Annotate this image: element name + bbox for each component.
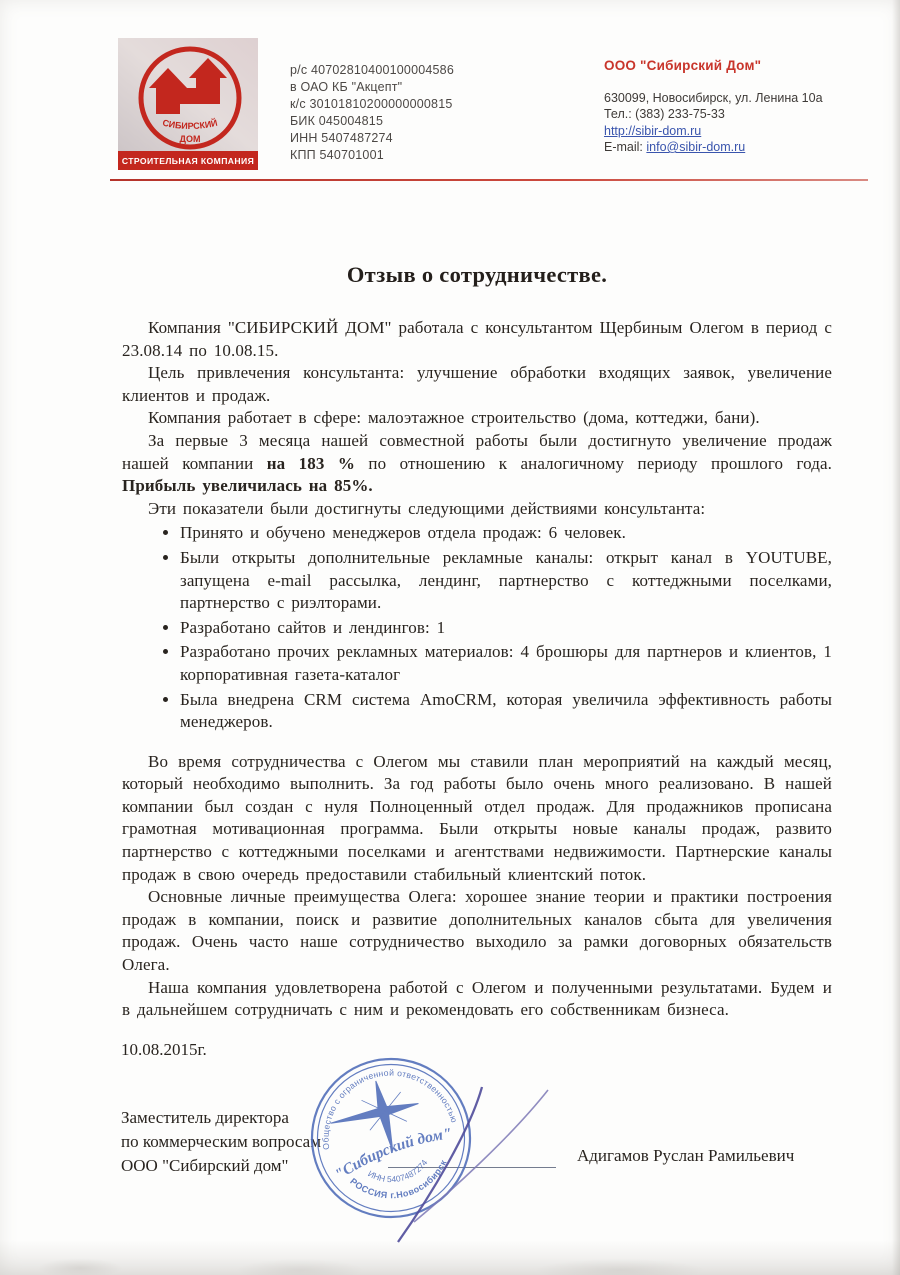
list-item: Была внедрена CRM система AmoCRM, котора…: [180, 689, 832, 734]
company-website-link[interactable]: http://sibir-dom.ru: [604, 124, 701, 138]
scan-artifact-right: [892, 0, 900, 1275]
position-line: ООО "Сибирский дом": [121, 1154, 321, 1178]
logo-circle-text-2: ДОМ: [180, 134, 201, 144]
signer-name: Адигамов Руслан Рамильевич: [577, 1146, 794, 1166]
paragraph-strengths: Основные личные преимущества Олега: хоро…: [122, 886, 832, 976]
email-label: E-mail:: [604, 140, 643, 154]
bank-account-line: р/с 40702810400100004586: [290, 62, 454, 79]
bik-line: БИК 045004815: [290, 113, 454, 130]
signature-strokes: [370, 1072, 585, 1252]
company-phone: Тел.: (383) 233-75-33: [604, 106, 874, 123]
position-line: Заместитель директора: [121, 1106, 321, 1130]
bank-details: р/с 40702810400100004586 в ОАО КБ "Акцеп…: [290, 62, 454, 164]
company-name: ООО "Сибирский Дом": [604, 58, 874, 75]
paragraph-results: За первые 3 месяца нашей совместной рабо…: [122, 430, 832, 498]
actions-list: Принято и обучено менеджеров отдела прод…: [122, 522, 832, 733]
position-line: по коммерческим вопросам: [121, 1130, 321, 1154]
paragraph-spacer: [122, 736, 832, 751]
list-item: Разработано прочих рекламных материалов:…: [180, 641, 832, 686]
paragraph-cooperation: Во время сотрудничества с Олегом мы став…: [122, 751, 832, 887]
company-logo: СИБИРСКИЙ ДОМ СТРОИТЕЛЬНАЯ КОМПАНИЯ: [118, 38, 258, 170]
document-title: Отзыв о сотрудничестве.: [122, 262, 832, 288]
company-email-link[interactable]: info@sibir-dom.ru: [646, 140, 745, 154]
corr-account-line: к/с 30101810200000000815: [290, 96, 454, 113]
paragraph-goal: Цель привлечения консультанта: улучшение…: [122, 362, 832, 407]
paragraph-intro: Компания "СИБИРСКИЙ ДОМ" работала с конс…: [122, 317, 832, 362]
paragraph-sphere: Компания работает в сфере: малоэтажное с…: [122, 407, 832, 430]
company-address: 630099, Новосибирск, ул. Ленина 10а: [604, 90, 874, 107]
list-item: Разработано сайтов и лендингов: 1: [180, 617, 832, 640]
profit-growth-bold: Прибыль увеличилась на 85%.: [122, 476, 373, 495]
siberian-house-logo-icon: СИБИРСКИЙ ДОМ СТРОИТЕЛЬНАЯ КОМПАНИЯ: [118, 38, 258, 170]
scan-artifact-bottom: [0, 1240, 900, 1275]
bank-name-line: в ОАО КБ "Акцепт": [290, 79, 454, 96]
company-contacts: ООО "Сибирский Дом" 630099, Новосибирск,…: [604, 58, 874, 156]
document-page: СИБИРСКИЙ ДОМ СТРОИТЕЛЬНАЯ КОМПАНИЯ р/с …: [0, 0, 900, 1275]
inn-line: ИНН 5407487274: [290, 130, 454, 147]
list-item: Были открыты дополнительные рекламные ка…: [180, 547, 832, 615]
logo-banner-text: СТРОИТЕЛЬНАЯ КОМПАНИЯ: [122, 156, 254, 166]
letterhead-divider: [110, 179, 868, 181]
letter-body: Компания "СИБИРСКИЙ ДОМ" работала с конс…: [122, 317, 832, 1022]
results-growth-bold: на 183 %: [267, 454, 355, 473]
results-text-2: по отношению к аналогичному периоду прош…: [355, 454, 832, 473]
document-date: 10.08.2015г.: [121, 1040, 207, 1060]
signer-position: Заместитель директора по коммерческим во…: [121, 1106, 321, 1178]
paragraph-conclusion: Наша компания удовлетворена работой с Ол…: [122, 977, 832, 1022]
list-item: Принято и обучено менеджеров отдела прод…: [180, 522, 832, 545]
paragraph-actions-lead: Эти показатели были достигнуты следующим…: [122, 498, 832, 521]
kpp-line: КПП 540701001: [290, 147, 454, 164]
